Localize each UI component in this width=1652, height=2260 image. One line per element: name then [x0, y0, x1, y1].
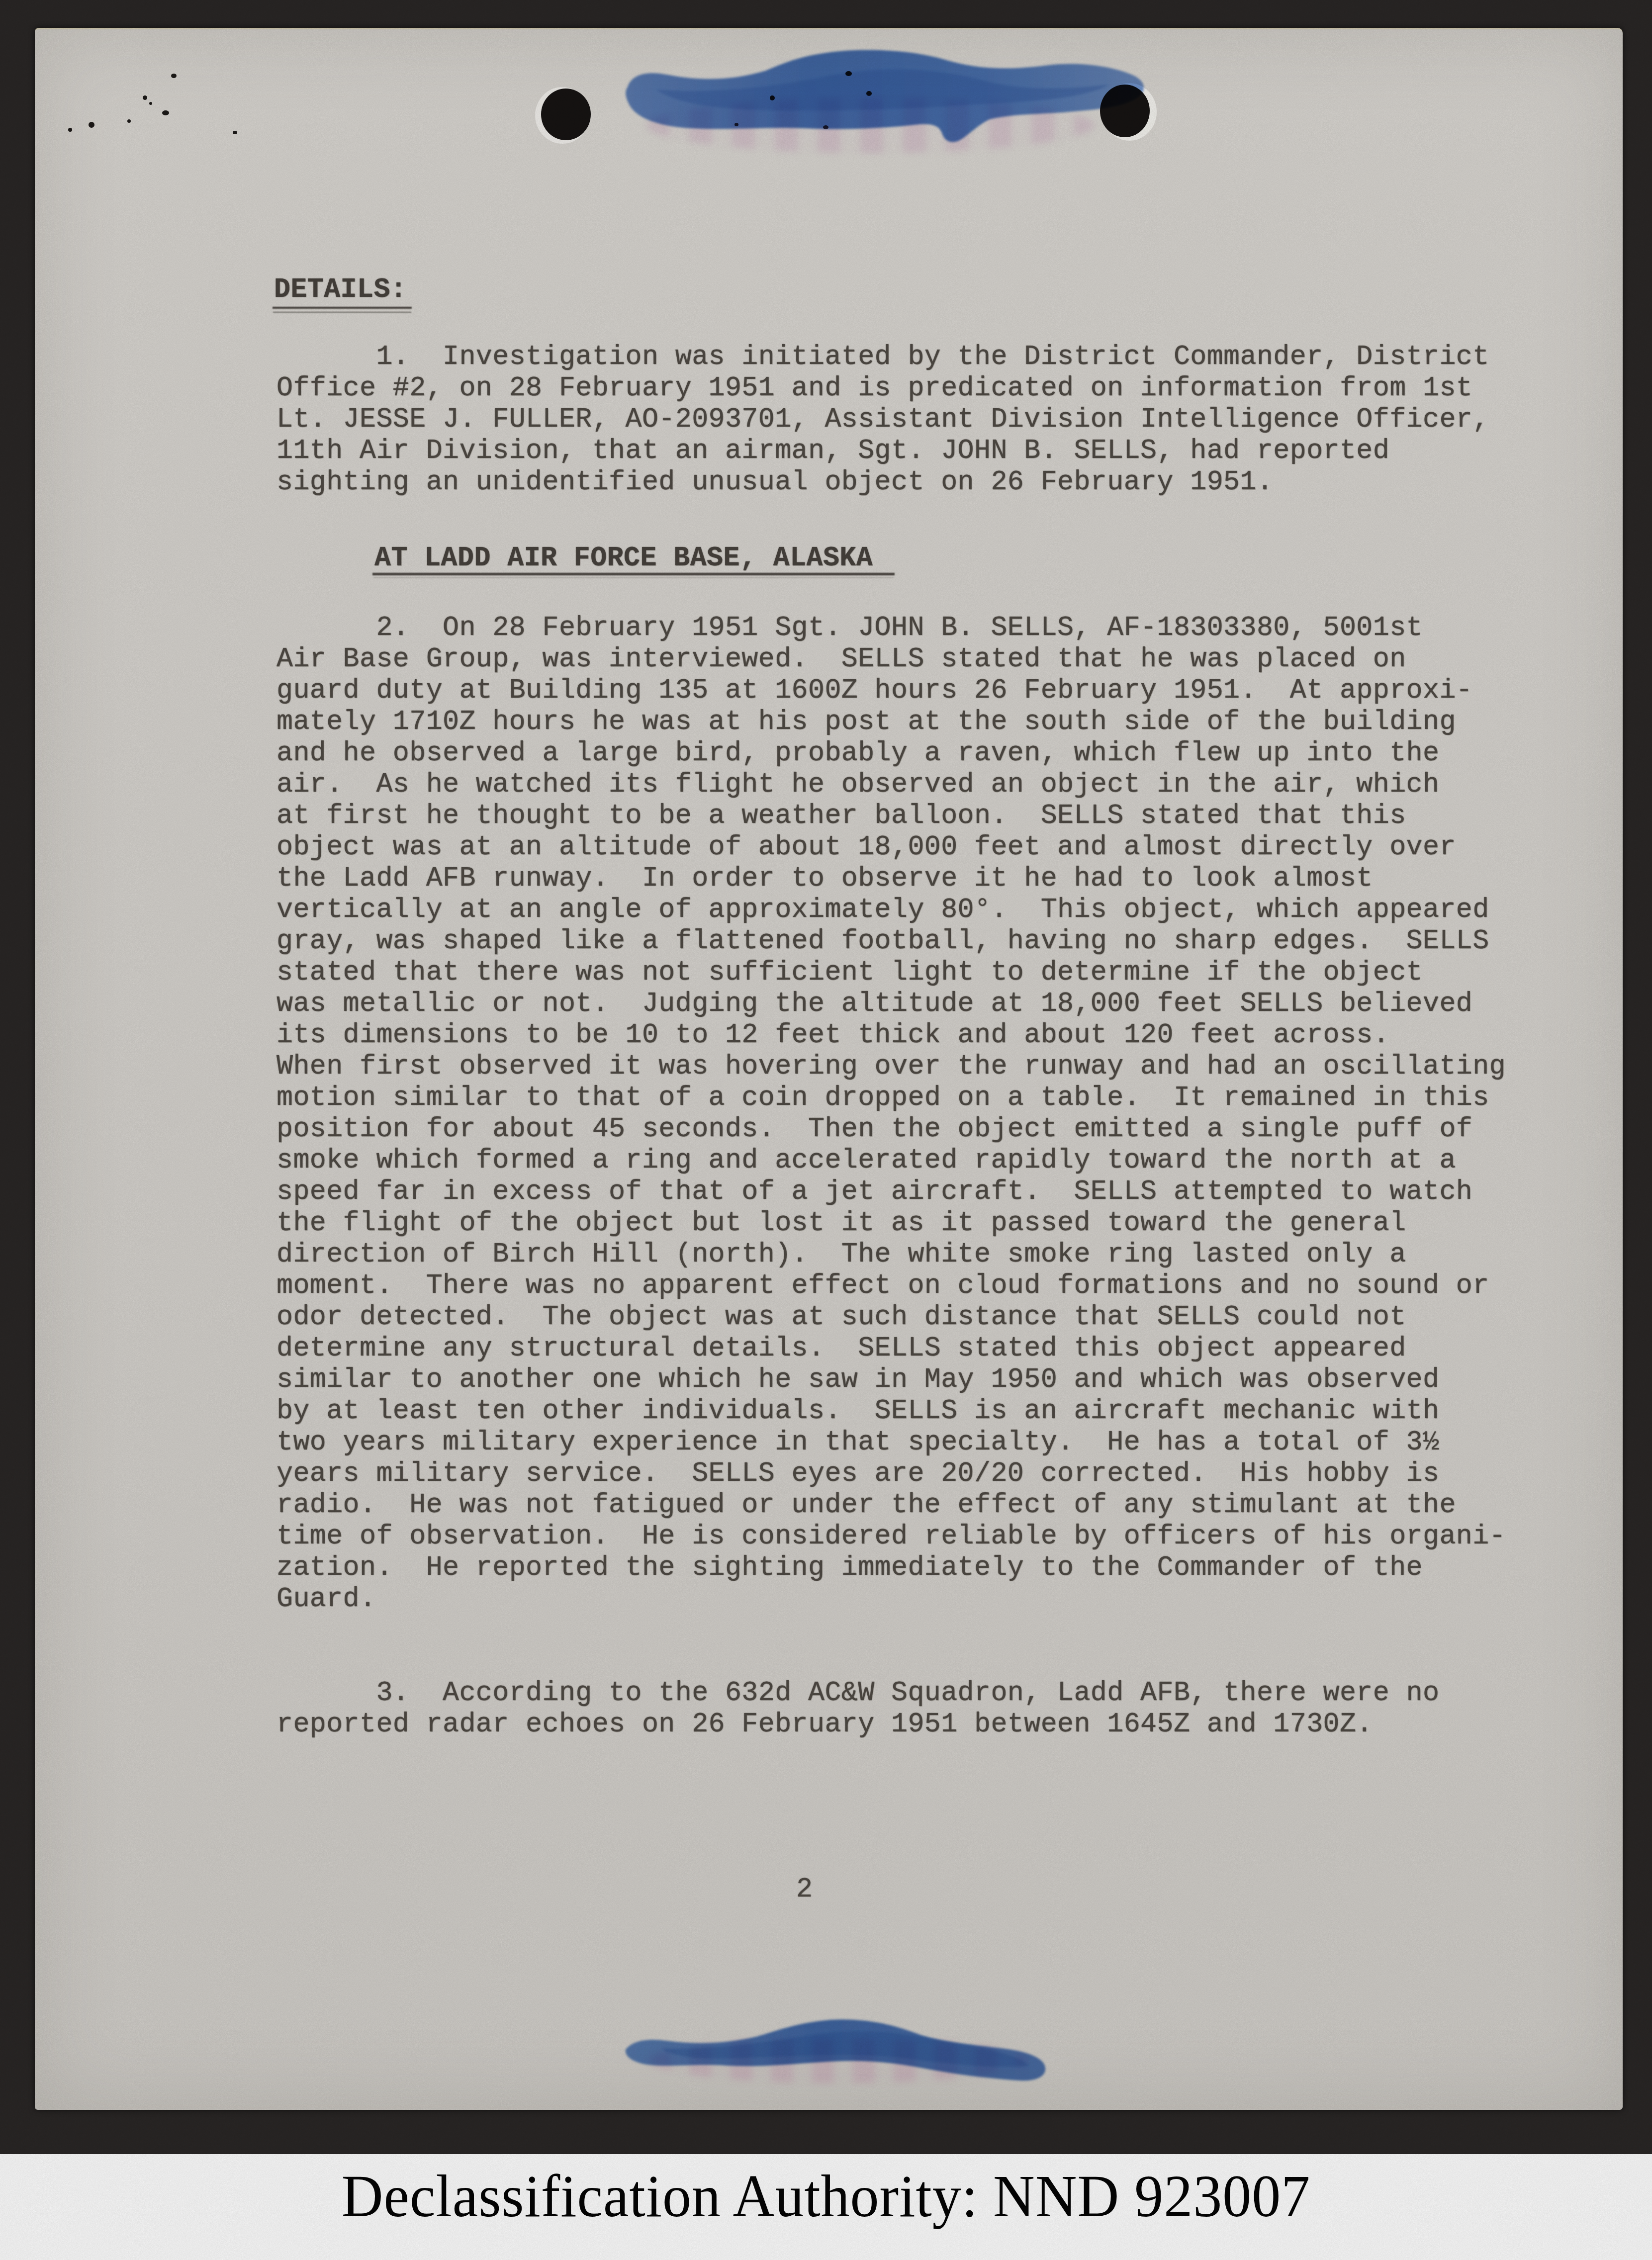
- ladd-afb-subheading: AT LADD AIR FORCE BASE, ALASKA: [374, 542, 873, 574]
- page-number: 2: [796, 1874, 813, 1905]
- details-heading-underline: [273, 307, 412, 309]
- ink-speck: [162, 110, 169, 115]
- blue-marker-redaction-top: [612, 40, 1169, 159]
- details-heading: DETAILS:: [274, 274, 407, 305]
- paragraph-1: 1. Investigation was initiated by the Di…: [276, 341, 1489, 498]
- hole-punch-left: [541, 89, 591, 140]
- ink-speck: [89, 122, 94, 128]
- paragraph-3: 3. According to the 632d AC&W Squadron, …: [276, 1677, 1439, 1740]
- ink-speck: [171, 74, 177, 78]
- ink-speck: [149, 102, 152, 105]
- blue-marker-redaction-bottom: [612, 2004, 1069, 2093]
- declassification-text: Declassification Authority: NND 923007: [0, 2163, 1652, 2231]
- ink-speck: [233, 131, 237, 134]
- ink-speck: [143, 95, 147, 100]
- ink-speck: [68, 128, 72, 132]
- paragraph-2: 2. On 28 February 1951 Sgt. JOHN B. SELL…: [276, 612, 1506, 1615]
- scanned-document-page: DETAILS: 1. Investigation was initiated …: [0, 0, 1652, 2260]
- ink-speck: [127, 119, 131, 123]
- subheading-underline: [372, 573, 895, 575]
